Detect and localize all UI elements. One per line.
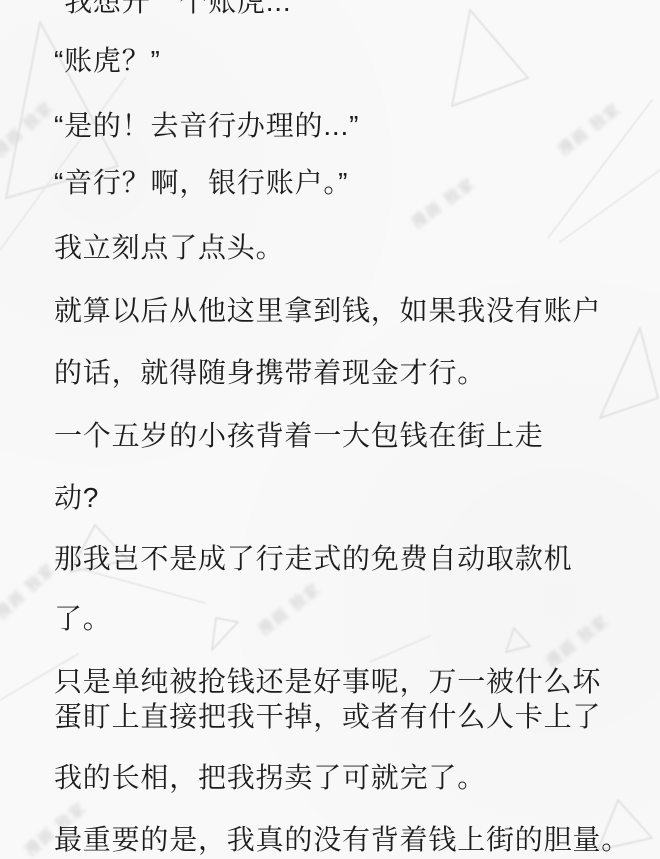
novel-line-narration: 蛋盯上直接把我干掉，或者有什么人卡上了 bbox=[54, 699, 654, 735]
novel-page: 漫画 独家 漫画 独家 漫画 独家 漫画 独家 漫画 独家 漫画 独家 漫画 独… bbox=[0, 0, 660, 859]
novel-line-dialogue-cutoff: “我想开一个账虎...” bbox=[54, 0, 654, 20]
novel-line-narration: 那我岂不是成了行走式的免费自动取款机 bbox=[54, 541, 654, 577]
novel-line-dialogue: “是的！去音行办理的...” bbox=[54, 108, 654, 144]
watermark-text: 漫画 独家 bbox=[0, 96, 58, 161]
watermark-text: 漫画 独家 bbox=[0, 558, 60, 623]
novel-line-narration: 动? bbox=[54, 480, 654, 516]
novel-line-narration: 我立刻点了点头。 bbox=[54, 230, 654, 266]
novel-line-narration: 最重要的是，我真的没有背着钱上街的胆量。 bbox=[54, 822, 654, 858]
novel-line-dialogue: “账虎？” bbox=[54, 43, 654, 79]
novel-line-narration: 只是单纯被抢钱还是好事呢，万一被什么坏 bbox=[54, 664, 654, 700]
watermark-line bbox=[0, 78, 125, 250]
novel-line-narration: 就算以后从他这里拿到钱，如果我没有账户 bbox=[54, 293, 654, 329]
novel-line-narration: 的话，就得随身携带着现金才行。 bbox=[54, 355, 654, 391]
novel-line-dialogue: “音行？啊，银行账户。” bbox=[54, 165, 654, 201]
novel-line-narration: 我的长相，把我拐卖了可就完了。 bbox=[54, 760, 654, 796]
watermark-line bbox=[370, 636, 430, 662]
novel-line-narration: 一个五岁的小孩背着一大包钱在街上走 bbox=[54, 418, 654, 454]
novel-line-narration: 了。 bbox=[54, 601, 654, 637]
